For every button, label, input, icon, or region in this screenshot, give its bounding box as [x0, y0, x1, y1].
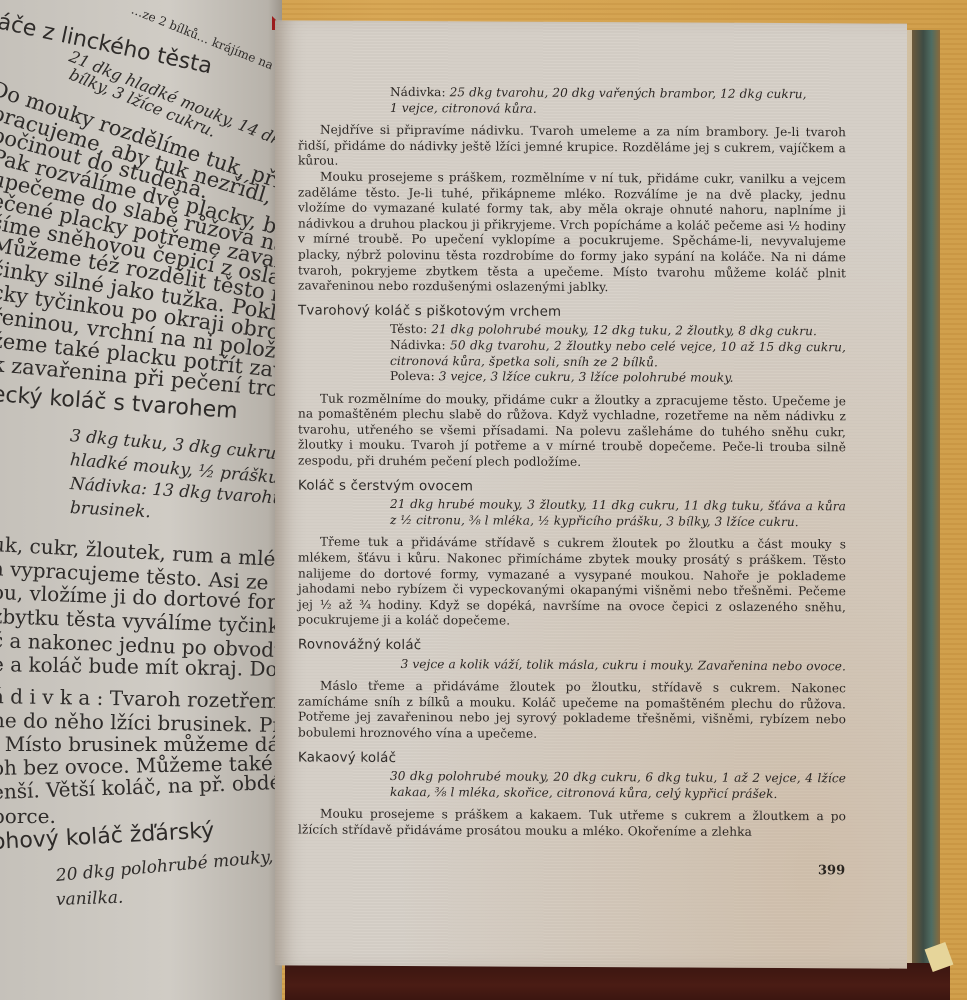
ingredient-line: Nádivka: 50 dkg tvarohu, 2 žloutky nebo …: [390, 338, 846, 372]
ingredients-list: Nádivka: 25 dkg tvarohu, 20 dkg vařených…: [298, 84, 846, 118]
ingredient-text: 25 dkg tvarohu, 20 dkg vařených brambor,…: [450, 85, 807, 101]
ingredient-label: Nádivka:: [390, 85, 450, 99]
left-page-line: vanilka.: [56, 888, 124, 910]
book-cover-bottom: [285, 963, 950, 1000]
ingredient-text: 21 dkg hrubé mouky, 3 žloutky, 11 dkg cu…: [390, 497, 846, 529]
ingredients-list: Těsto: 21 dkg polohrubé mouky, 12 dkg tu…: [298, 322, 846, 387]
right-page-text: Nádivka: 25 dkg tvarohu, 20 dkg vařených…: [298, 84, 846, 840]
recipe-paragraph: Mouku prosejeme s práškem, rozmělníme v …: [298, 169, 846, 297]
left-page-line: porce.: [0, 804, 56, 828]
recipe-heading: Tvarohový koláč s piškotovým vrchem: [298, 303, 846, 321]
recipe-heading: Rovnovážný koláč: [298, 637, 846, 655]
ingredient-line: 21 dkg hrubé mouky, 3 žloutky, 11 dkg cu…: [390, 497, 846, 531]
ingredient-label: Poleva:: [390, 369, 439, 383]
ingredient-label: Nádivka:: [390, 338, 450, 352]
page-number: 399: [818, 863, 845, 878]
ingredients-list: 3 vejce a kolik váží, tolik másla, cukru…: [298, 656, 846, 674]
ingredient-line: Poleva: 3 vejce, 3 lžíce cukru, 3 lžíce …: [390, 369, 846, 387]
recipe-paragraph: Tuk rozmělníme do mouky, přidáme cukr a …: [298, 391, 846, 472]
recipe-paragraph: Máslo třeme a přidáváme žloutek po žlout…: [298, 679, 846, 744]
ingredients-list: 30 dkg polohrubé mouky, 20 dkg cukru, 6 …: [298, 769, 846, 803]
recipe-paragraph: Třeme tuk a přidáváme střídavě s cukrem …: [298, 535, 846, 631]
recipe-heading: Kakaový koláč: [298, 750, 846, 768]
ingredient-text: 50 dkg tvarohu, 2 žloutky nebo celé vejc…: [390, 338, 846, 369]
left-page-line: brusinek.: [69, 498, 151, 522]
ingredient-line: 30 dkg polohrubé mouky, 20 dkg cukru, 6 …: [390, 769, 846, 803]
ingredient-text: 1 vejce, citronová kůra.: [390, 101, 537, 116]
ingredient-text: 21 dkg polohrubé mouky, 12 dkg tuku, 2 ž…: [431, 322, 817, 338]
ingredient-text: 30 dkg polohrubé mouky, 20 dkg cukru, 6 …: [390, 769, 846, 801]
recipe-heading: Koláč s čerstvým ovocem: [298, 478, 846, 496]
left-page-line: e a koláč bude mít okraj. Dostí prudce j…: [0, 652, 282, 685]
ingredient-text: 3 vejce, 3 lžíce cukru, 3 lžíce polohrub…: [439, 369, 734, 385]
left-page: …ze 2 bílků… krájíme na úzké řezy.láče z…: [0, 0, 282, 1000]
ingredient-line: 1 vejce, citronová kůra.: [390, 101, 846, 119]
ingredients-list: 21 dkg hrubé mouky, 3 žloutky, 11 dkg cu…: [298, 497, 846, 531]
recipe-paragraph: Nejdříve si připravíme nádivku. Tvaroh u…: [298, 123, 846, 173]
ingredient-line: 3 vejce a kolik váží, tolik másla, cukru…: [358, 656, 846, 674]
book-cover-edge: [912, 30, 940, 970]
ingredient-text: 3 vejce a kolik váží, tolik másla, cukru…: [401, 657, 846, 673]
recipe-paragraph: Mouku prosejeme s práškem a kakaem. Tuk …: [298, 807, 846, 841]
ingredient-label: Těsto:: [390, 322, 431, 336]
right-page: Nádivka: 25 dkg tvarohu, 20 dkg vařených…: [275, 20, 907, 968]
